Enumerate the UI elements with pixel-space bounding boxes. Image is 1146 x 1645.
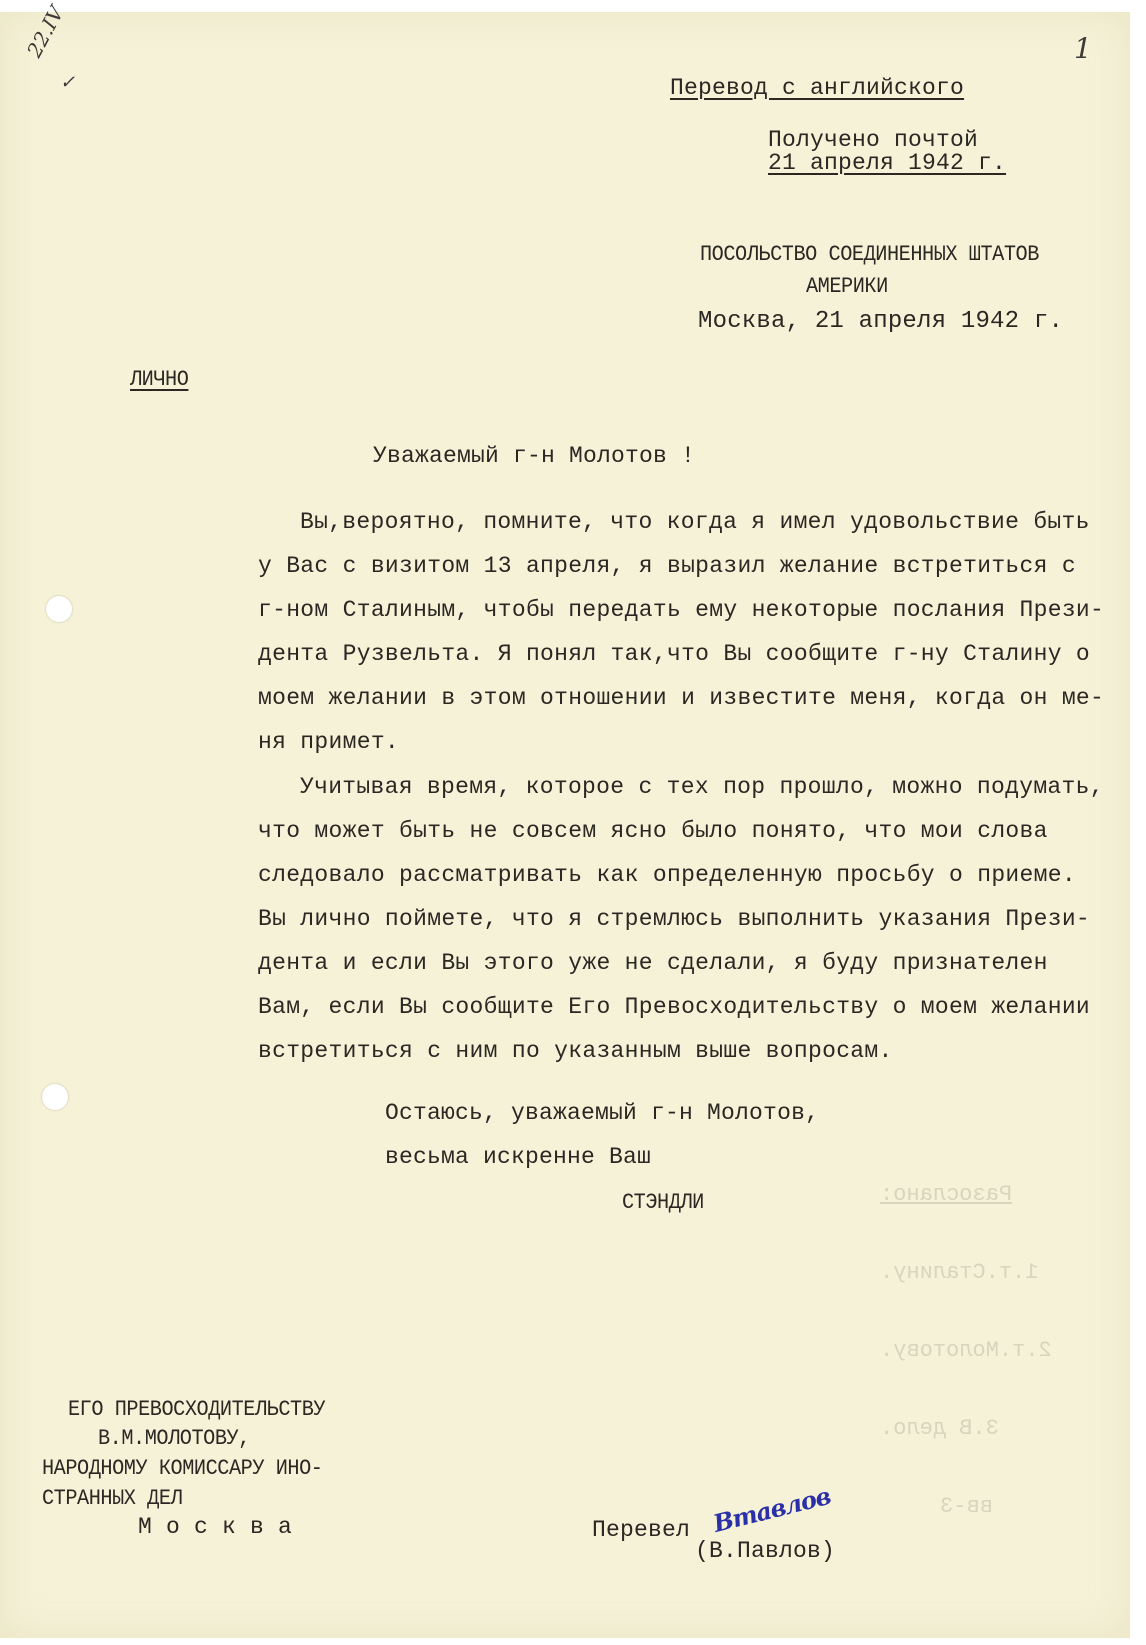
body-line: у Вас с визитом 13 апреля, я выразил жел…	[258, 553, 1076, 579]
distribution-item: 3.В дело.	[880, 1416, 1090, 1442]
place-and-date: Москва, 21 апреля 1942 г.	[698, 310, 1063, 334]
distribution-item: 1.т.Сталину.	[880, 1260, 1090, 1286]
signer-name: СТЭНДЛИ	[622, 1190, 704, 1215]
body-line: дента Рузвельта. Я понял так,что Вы сооб…	[258, 641, 1090, 667]
body-line: встретиться с ним по указанным выше вопр…	[258, 1038, 893, 1064]
handwritten-check-icon: ✓	[60, 72, 75, 93]
document-page: 22.IV ✓ 1 Перевод с английского Получено…	[0, 12, 1130, 1638]
body-line: что может быть не совсем ясно было понят…	[258, 818, 1048, 844]
body-line: Вы,вероятно, помните, что когда я имел у…	[300, 509, 1090, 535]
body-line: следовало рассматривать как определенную…	[258, 862, 1076, 888]
closing-line2: весьма искренне Ваш	[385, 1146, 651, 1169]
body-line: дента и если Вы этого уже не сделали, я …	[258, 950, 1048, 976]
received-date: 21 апреля 1942 г.	[768, 152, 1006, 175]
body-line: г-ном Сталиным, чтобы передать ему некот…	[258, 597, 1104, 623]
distribution-title: Разослано:	[880, 1182, 1090, 1208]
handwritten-date-note: 22.IV	[22, 2, 69, 61]
distribution-item: 2.т.Молотову.	[880, 1338, 1090, 1364]
body-line: Учитывая время, которое с тех пор прошло…	[300, 774, 1104, 800]
embassy-name-line1: ПОСОЛЬСТВО СОЕДИНЕННЫХ ШТАТОВ	[700, 242, 1039, 267]
translator-name: (В.Павлов)	[695, 1540, 835, 1563]
addressee-line4: СТРАННЫХ ДЕЛ	[42, 1486, 182, 1511]
translator-label: Перевел	[592, 1519, 690, 1542]
classification-personal: ЛИЧНО	[130, 367, 188, 392]
received-by-mail: Получено почтой	[768, 129, 978, 152]
addressee-line1: ЕГО ПРЕВОСХОДИТЕЛЬСТВУ	[68, 1397, 325, 1422]
distribution-list-showthrough: Разослано: 1.т.Сталину. 2.т.Молотову. 3.…	[880, 1130, 1090, 1572]
body-line: Вы лично поймете, что я стремлюсь выполн…	[258, 906, 1090, 932]
translator-handwritten-signature: Втавлов	[710, 1481, 833, 1538]
body-line: Вам, если Вы сообщите Его Превосходитель…	[258, 994, 1090, 1020]
addressee-line2: В.М.МОЛОТОВУ,	[98, 1426, 250, 1451]
closing-line1: Остаюсь, уважаемый г-н Молотов,	[385, 1102, 819, 1125]
body-line: моем желании в этом отношении и известит…	[258, 685, 1104, 711]
addressee-city: М о с к в а	[138, 1516, 292, 1539]
embassy-name-line2: АМЕРИКИ	[806, 274, 888, 299]
page-number: 1	[1074, 32, 1092, 65]
translation-note: Перевод с английского	[670, 77, 964, 100]
punch-hole	[46, 596, 72, 622]
salutation: Уважаемый г-н Молотов !	[373, 445, 695, 468]
body-line: ня примет.	[258, 729, 399, 755]
punch-hole	[42, 1084, 68, 1110]
addressee-line3: НАРОДНОМУ КОМИССАРУ ИНО-	[42, 1456, 322, 1481]
distribution-item: вв-3	[880, 1494, 1090, 1520]
